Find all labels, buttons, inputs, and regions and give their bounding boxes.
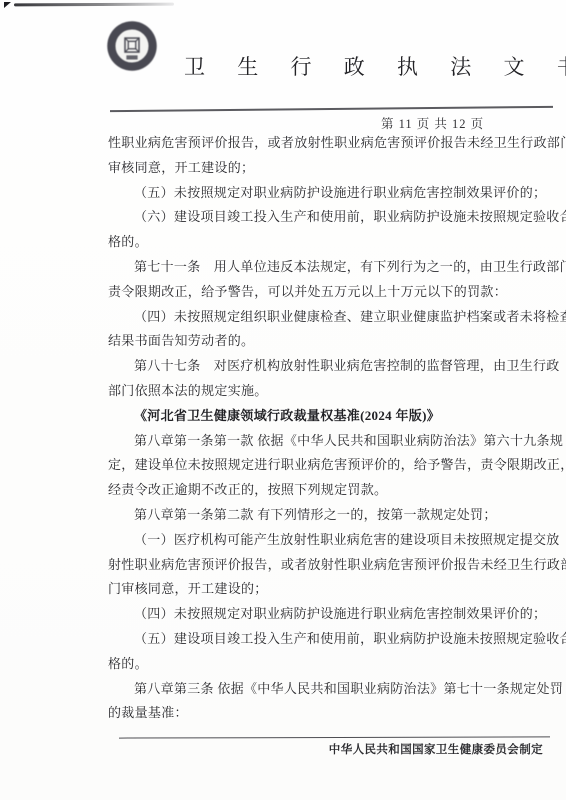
text-line: 格的。 [108, 652, 550, 677]
document-body: 性职业病危害预评价报告，或者放射性职业病危害预评价报告未经卫生行政部门审核同意，… [108, 131, 550, 726]
text-line: 审核同意，开工建设的； [108, 156, 550, 181]
document-page: 卫 生 行 政 执 法 文 书 第 11 页 共 12 页 性职业病危害预评价报… [0, 0, 566, 800]
text-line: 结果书面告知劳动者的。 [108, 329, 550, 354]
text-line: 责令限期改正，给予警告，可以并处五万元以上十万元以下的罚款： [108, 280, 550, 305]
text-line: （一）医疗机构可能产生放射性职业病危害的建设项目未按照规定提交放 [108, 528, 550, 553]
text-line: （五）未按照规定对职业病防护设施进行职业病危害控制效果评价的； [108, 181, 550, 206]
text-line: 门审核同意，开工建设的； [108, 577, 550, 602]
text-line: （四）未按照规定对职业病防护设施进行职业病危害控制效果评价的； [108, 602, 550, 627]
text-line: 射性职业病危害预评价报告，或者放射性职业病危害预评价报告未经卫生行政部 [108, 553, 550, 578]
text-line: 第八章第一条第一款 依据《中华人民共和国职业病防治法》第六十九条规 [108, 429, 550, 454]
text-line: 部门依照本法的规定实施。 [108, 379, 550, 404]
text-line: （六）建设项目竣工投入生产和使用前，职业病防护设施未按照规定验收合 [108, 205, 550, 230]
footer-divider [119, 736, 550, 739]
text-line: 性职业病危害预评价报告，或者放射性职业病危害预评价报告未经卫生行政部门 [108, 131, 550, 156]
scan-corner-artifact [4, 2, 11, 8]
document-title: 卫 生 行 政 执 法 文 书 [184, 51, 566, 81]
text-line: （四）未按照规定组织职业健康检查、建立职业健康监护档案或者未将检查 [108, 305, 550, 330]
text-line: 第七十一条 用人单位违反本法规定，有下列行为之一的，由卫生行政部门 [108, 255, 550, 280]
text-line: 定，建设单位未按照规定进行职业病危害预评价的，给予警告，责令限期改正， [108, 453, 550, 478]
text-line: 经责令改正逾期不改正的，按照下列规定罚款。 [108, 478, 550, 503]
text-line: （五）建设项目竣工投入生产和使用前，职业病防护设施未按照规定验收合 [108, 627, 550, 652]
page-indicator: 第 11 页 共 12 页 [381, 114, 476, 132]
text-line: 《河北省卫生健康领域行政裁量权基准(2024 年版)》 [108, 404, 550, 429]
text-line: 的裁量基准： [108, 701, 550, 726]
scan-smudge-artifact [14, 3, 174, 7]
footer-issuer: 中华人民共和国国家卫生健康委员会制定 [329, 741, 543, 757]
text-line: 格的。 [108, 230, 550, 255]
header-divider [110, 106, 553, 112]
text-line: 第八章第三条 依据《中华人民共和国职业病防治法》第七十一条规定处罚 [108, 677, 550, 702]
text-line: 第八十七条 对医疗机构放射性职业病危害控制的监督管理，由卫生行政 [108, 354, 550, 379]
text-line: 第八章第一条第二款 有下列情形之一的，按第一款规定处罚； [108, 503, 550, 528]
health-commission-seal-icon [104, 18, 160, 74]
